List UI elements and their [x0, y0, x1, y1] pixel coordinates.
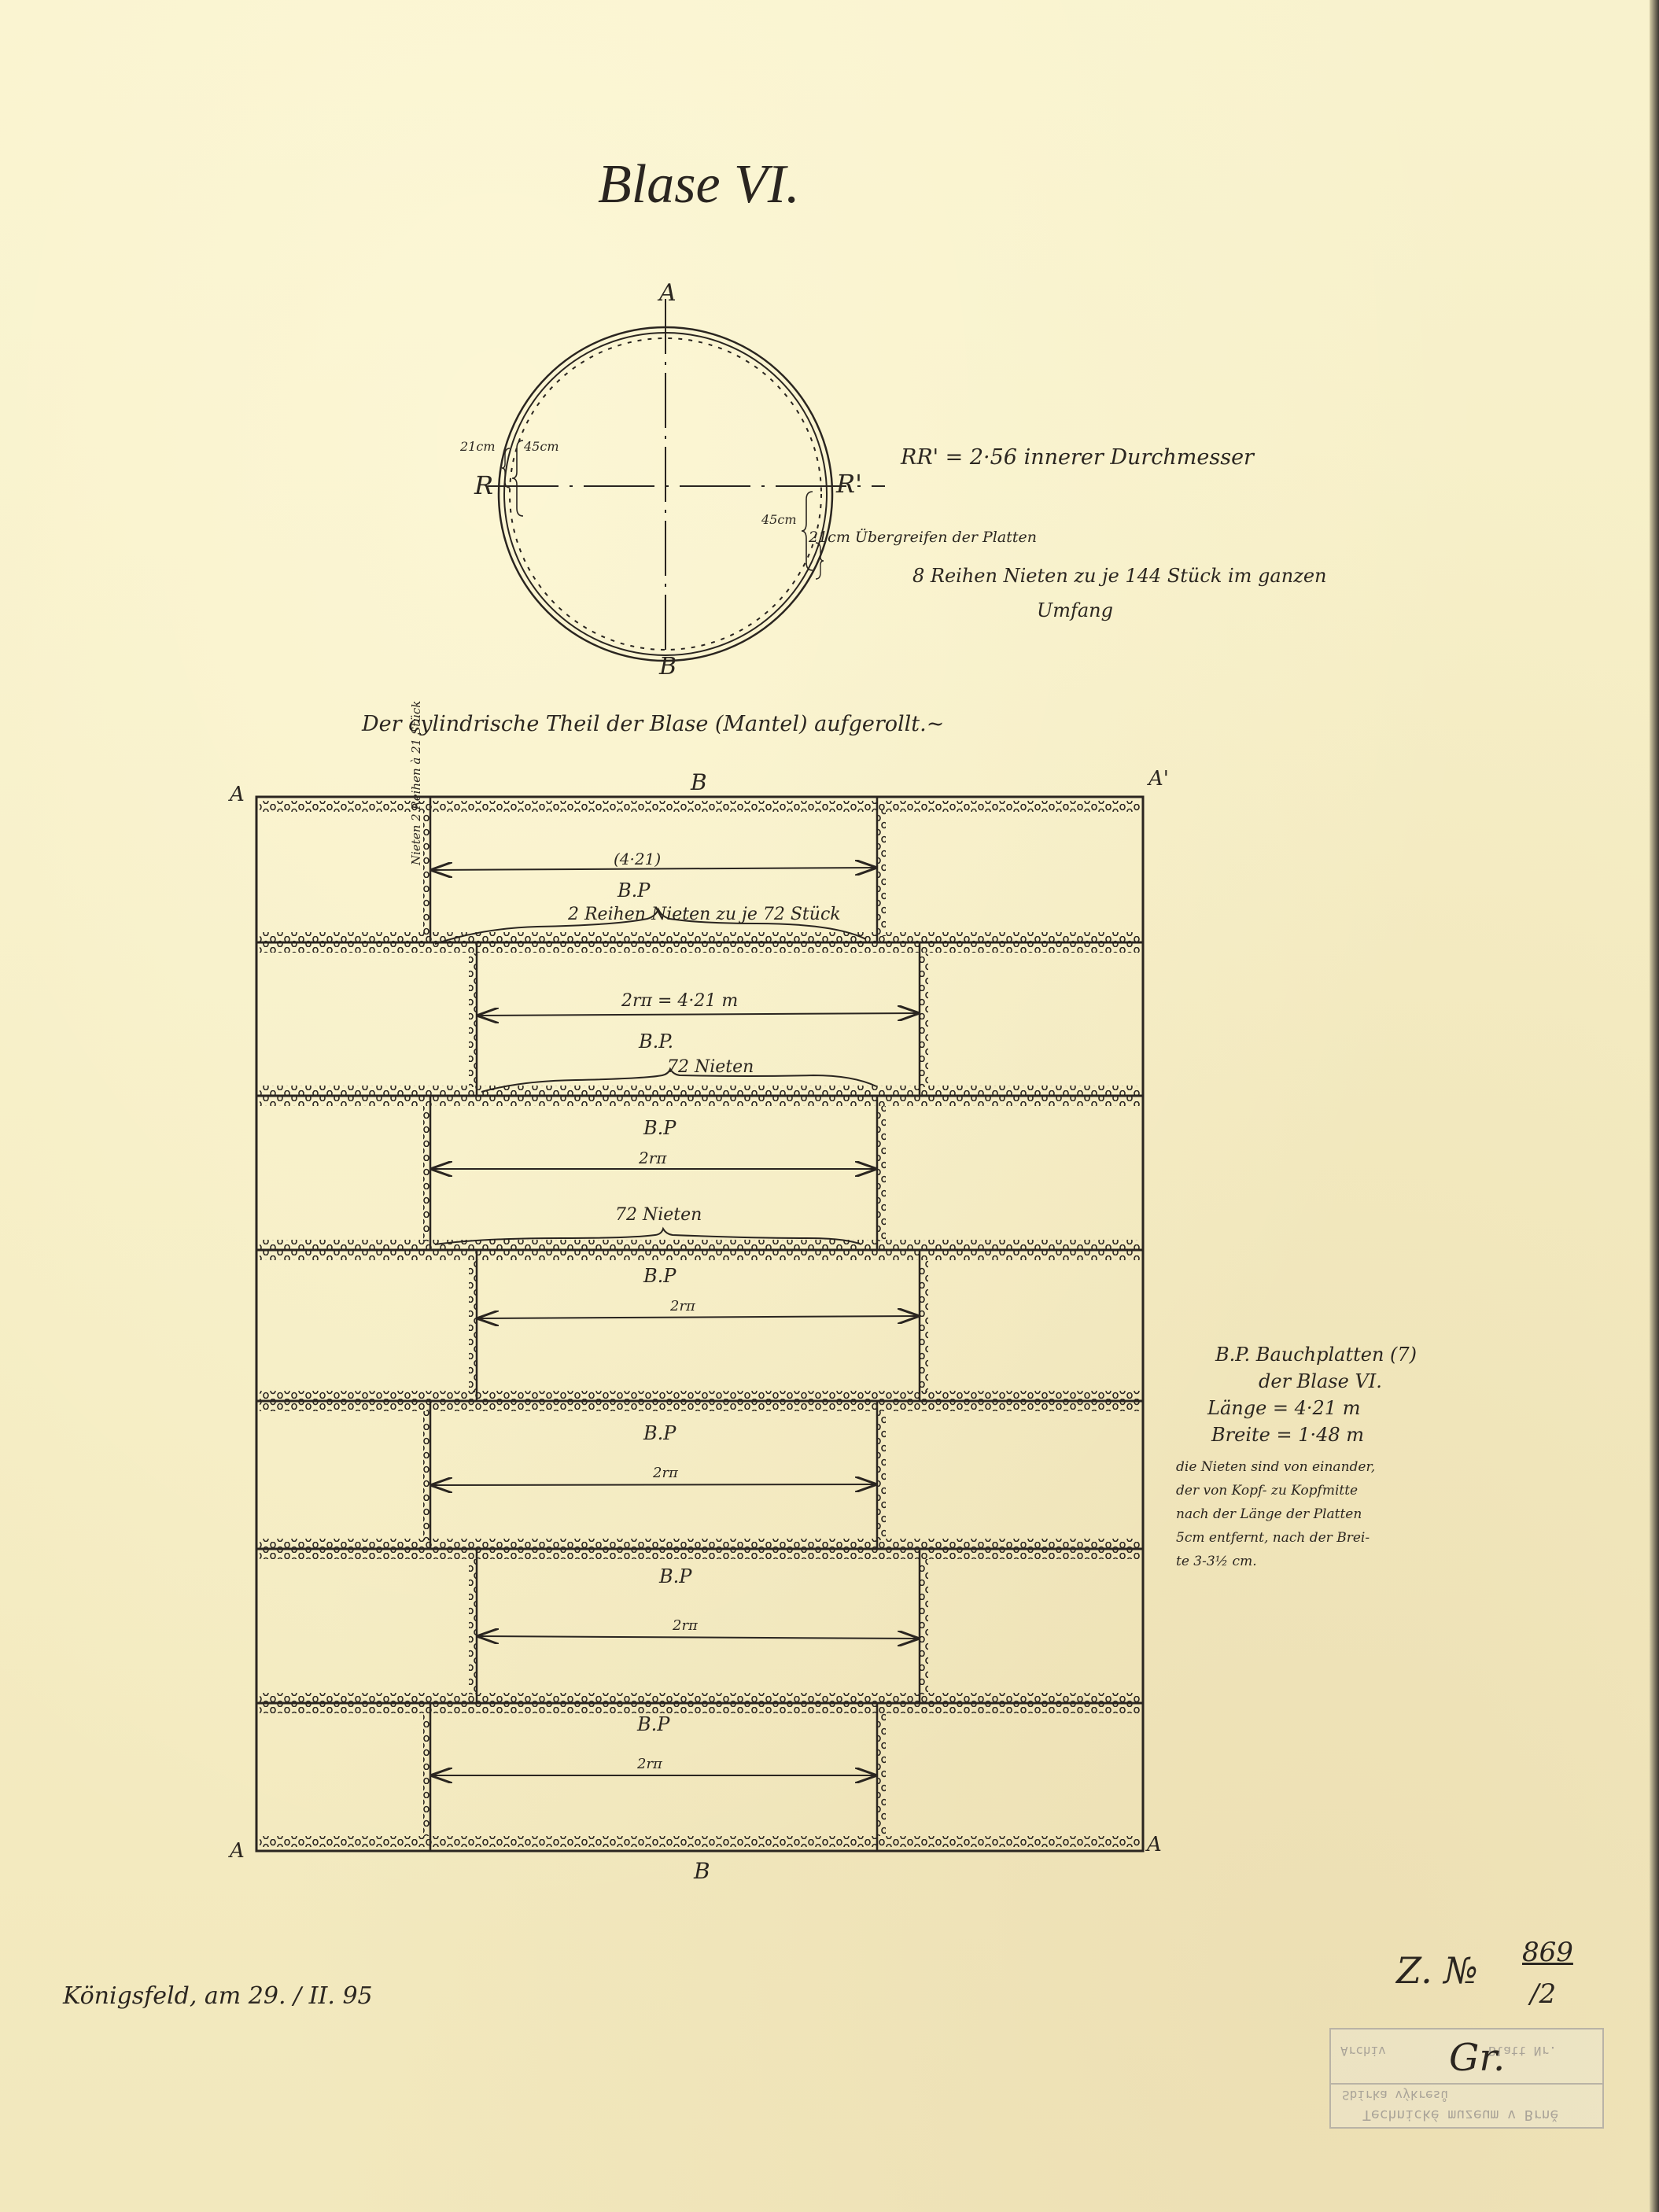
row2-rivet-note: 72 Nieten: [667, 1057, 754, 1077]
row3-dimension: 2rπ: [639, 1148, 666, 1167]
row1-dimension: (4·21): [614, 850, 661, 868]
sheet-corner-top-right: A': [1148, 767, 1169, 791]
row7-plate-label: B.P: [637, 1713, 669, 1735]
left-overlap-annotation: 21cm: [460, 439, 496, 454]
stamp-top-left: Archiv: [1340, 2044, 1386, 2059]
stamp-divider: [1331, 2083, 1602, 2085]
sheet-corner-top-left: A: [230, 783, 245, 806]
stamp-bottom-line1: Sbírka výkresů: [1342, 2088, 1448, 2103]
row3-rivet-note: 72 Nieten: [615, 1205, 702, 1225]
left-pitch-annotation: 45cm: [524, 439, 559, 454]
row2-dimension: 2rπ = 4·21 m: [621, 991, 738, 1011]
sheet-top-center: B: [691, 769, 707, 795]
row1-rivet-note: 2 Reihen Nieten zu je 72 Stück: [568, 905, 841, 924]
rivet-count-note: 8 Reihen Nieten zu je 144 Stück im ganze…: [912, 565, 1327, 587]
unrolled-sheet: [256, 797, 1143, 1851]
circle-label-top: A: [659, 279, 677, 307]
row5-plate-label: B.P: [643, 1422, 676, 1444]
technical-drawing: [0, 0, 1659, 2212]
legend-length: Länge = 4·21 m: [1207, 1397, 1360, 1419]
row1-side-note: Nieten 2 Reihen à 21 Stück: [409, 732, 423, 865]
row4-plate-label: B.P: [643, 1265, 676, 1287]
right-overlap-annotation: 21cm Übergreifen der Platten: [809, 529, 1037, 546]
legend-note-line: die Nieten sind von einander,: [1176, 1459, 1375, 1475]
reference-number: 869: [1522, 1937, 1573, 1968]
row6-plate-label: B.P: [659, 1565, 691, 1587]
place-date: Königsfeld, am 29. / II. 95: [63, 1982, 373, 2010]
row1-plate-label: B.P: [618, 879, 650, 901]
cross-section: [488, 299, 885, 669]
legend-width: Breite = 1·48 m: [1211, 1424, 1364, 1446]
rivet-count-note-cont: Umfang: [1037, 599, 1113, 621]
row4-dimension: 2rπ: [670, 1298, 695, 1314]
reference-prefix: Z. №: [1396, 1949, 1478, 1992]
legend-title: B.P. Bauchplatten (7): [1215, 1344, 1417, 1366]
circle-label-right: R': [836, 469, 862, 499]
stamp-bottom-line2: Technické muzeum v Brně: [1362, 2107, 1558, 2123]
legend-note-line: der von Kopf- zu Kopfmitte: [1176, 1483, 1358, 1499]
sheet-bottom-center: B: [694, 1858, 710, 1884]
legend-note-line: nach der Länge der Platten: [1176, 1506, 1362, 1522]
unrolled-caption: Der cylindrische Theil der Blase (Mantel…: [362, 712, 944, 736]
row2-plate-label: B.P.: [639, 1030, 673, 1053]
row7-dimension: 2rπ: [637, 1756, 662, 1772]
circle-label-bottom: B: [659, 653, 677, 680]
stamp-signature: Gr.: [1449, 2036, 1505, 2080]
legend-note-line: te 3-3½ cm.: [1176, 1554, 1257, 1569]
row3-plate-label: B.P: [643, 1117, 676, 1139]
reference-denominator: /2: [1530, 1978, 1556, 2010]
right-pitch-annotation: 45cm: [761, 512, 797, 527]
legend-note-line: 5cm entfernt, nach der Brei-: [1176, 1530, 1370, 1546]
diameter-note: RR' = 2·56 innerer Durchmesser: [901, 445, 1254, 470]
row6-dimension: 2rπ: [673, 1617, 698, 1634]
circle-label-left: R: [474, 470, 493, 500]
sheet-corner-bottom-left: A: [230, 1839, 245, 1863]
row5-dimension: 2rπ: [653, 1465, 678, 1481]
legend-subtitle: der Blase VI.: [1259, 1370, 1382, 1392]
archive-stamp: Archiv Blatt Nr. Gr. Sbírka výkresů Tech…: [1329, 2028, 1604, 2129]
sheet-corner-bottom-right: A: [1147, 1833, 1162, 1856]
